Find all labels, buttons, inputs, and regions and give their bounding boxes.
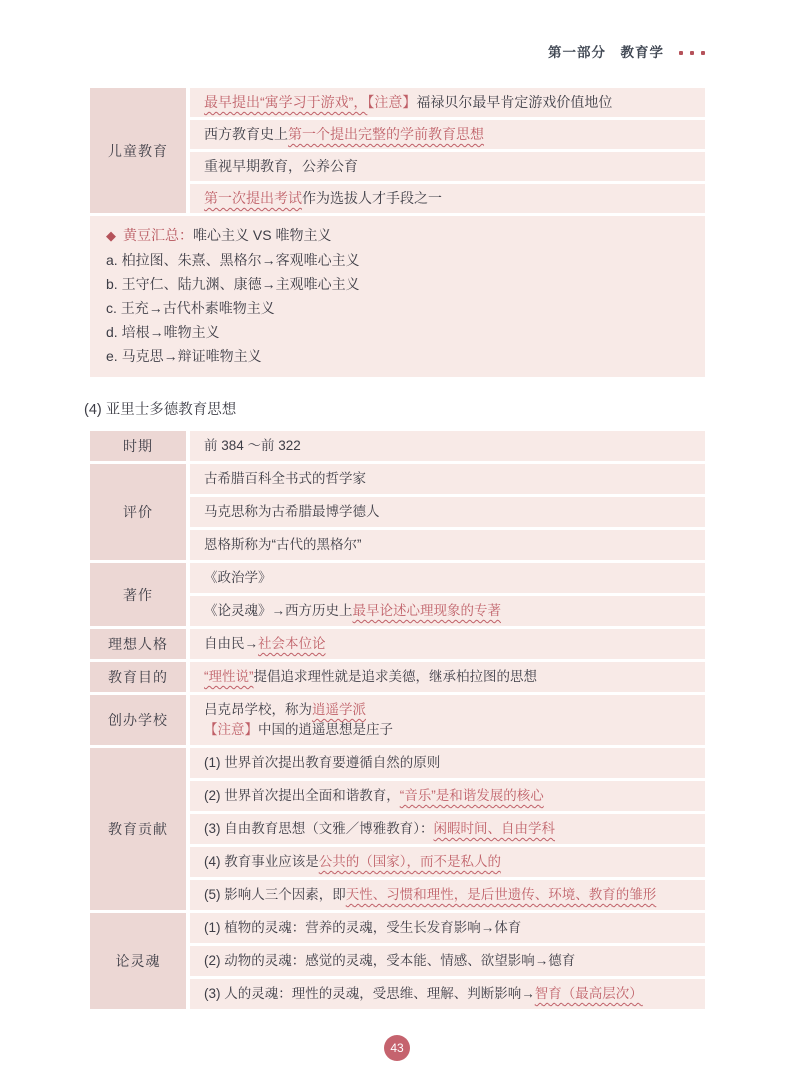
children-education-table: 儿童教育 最早提出“寓学习于游戏”，【注意】福禄贝尔最早肯定游戏价值地位西方教育… bbox=[90, 88, 705, 377]
section-heading: (4) 亚里士多德教育思想 bbox=[84, 398, 705, 419]
plain-text: (1) 植物的灵魂：营养的灵魂，受生长发育影响→体育 bbox=[204, 920, 521, 935]
row-label: 教育目的 bbox=[90, 662, 186, 692]
table-cells: “理性说”提倡追求理性就是追求美德，继承柏拉图的思想 bbox=[190, 662, 705, 692]
text-line: 【注意】中国的逍遥思想是庄子 bbox=[204, 720, 691, 740]
header-dots-icon bbox=[672, 44, 705, 62]
plain-text: 《论灵魂》→西方历史上 bbox=[204, 603, 353, 618]
highlight-wavy-text: 最早论述心理现象的专著 bbox=[353, 603, 502, 618]
table-cells: 最早提出“寓学习于游戏”，【注意】福禄贝尔最早肯定游戏价值地位西方教育史上第一个… bbox=[190, 88, 705, 213]
highlight-wavy-text: 天性、习惯和理性，是后世遗传、环境、教育的雏形 bbox=[346, 887, 657, 902]
table-cell: 第一次提出考试作为选拔人才手段之一 bbox=[190, 184, 705, 213]
page-number-badge: 43 bbox=[384, 1035, 410, 1061]
summary-item: b. 王守仁、陆九渊、康德→主观唯心主义 bbox=[106, 272, 689, 296]
summary-item: c. 王充→古代朴素唯物主义 bbox=[106, 296, 689, 320]
plain-text: 古希腊百科全书式的哲学家 bbox=[204, 471, 366, 486]
table-row: 创办学校吕克昂学校，称为逍遥学派【注意】中国的逍遥思想是庄子 bbox=[90, 695, 705, 745]
table-cells: (1) 世界首次提出教育要遵循自然的原则(2) 世界首次提出全面和谐教育，“音乐… bbox=[190, 748, 705, 910]
plain-text: 提倡追求理性就是追求美德，继承柏拉图的思想 bbox=[254, 669, 538, 684]
table-cell: 《政治学》 bbox=[190, 563, 705, 593]
text-line: (2) 动物的灵魂：感觉的灵魂，受本能、情感、欲望影响→德育 bbox=[204, 951, 691, 971]
summary-block: ◆黄豆汇总：唯心主义 VS 唯物主义a. 柏拉图、朱熹、黑格尔→客观唯心主义b.… bbox=[90, 216, 705, 377]
text-line: 《论灵魂》→西方历史上最早论述心理现象的专著 bbox=[204, 601, 691, 621]
text-line: 自由民→社会本位论 bbox=[204, 634, 691, 654]
table-cell: 重视早期教育，公养公育 bbox=[190, 152, 705, 181]
plain-text: 福禄贝尔最早肯定游戏价值地位 bbox=[416, 94, 612, 110]
plain-text: (1) 世界首次提出教育要遵循自然的原则 bbox=[204, 755, 440, 770]
table-cell: (3) 自由教育思想（文雅／博雅教育）：闲暇时间、自由学科 bbox=[190, 814, 705, 844]
text-line: (4) 教育事业应该是公共的（国家），而不是私人的 bbox=[204, 852, 691, 872]
plain-text: (2) 动物的灵魂：感觉的灵魂，受本能、情感、欲望影响→德育 bbox=[204, 953, 575, 968]
summary-title-rest: 唯心主义 VS 唯物主义 bbox=[193, 227, 331, 243]
table-cell: (3) 人的灵魂：理性的灵魂，受思维、理解、判断影响→智育（最高层次） bbox=[190, 979, 705, 1009]
row-label: 时期 bbox=[90, 431, 186, 461]
summary-item: e. 马克思→辩证唯物主义 bbox=[106, 344, 689, 368]
text-line: (2) 世界首次提出全面和谐教育，“音乐”是和谐发展的核心 bbox=[204, 786, 691, 806]
plain-text: 重视早期教育，公养公育 bbox=[204, 158, 358, 174]
plain-text: 中国的逍遥思想是庄子 bbox=[258, 722, 393, 737]
table-row: 著作《政治学》《论灵魂》→西方历史上最早论述心理现象的专著 bbox=[90, 563, 705, 626]
table-cell: (5) 影响人三个因素，即天性、习惯和理性，是后世遗传、环境、教育的雏形 bbox=[190, 880, 705, 910]
table-cell: 马克思称为古希腊最博学德人 bbox=[190, 497, 705, 527]
plain-text: 恩格斯称为“古代的黑格尔” bbox=[204, 537, 362, 552]
text-line: 古希腊百科全书式的哲学家 bbox=[204, 469, 691, 489]
plain-text: 马克思称为古希腊最博学德人 bbox=[204, 504, 380, 519]
highlight-wavy-text: 逍遥学派 bbox=[312, 702, 366, 717]
table-cell: 恩格斯称为“古代的黑格尔” bbox=[190, 530, 705, 560]
text-line: (1) 世界首次提出教育要遵循自然的原则 bbox=[204, 753, 691, 773]
plain-text: (4) 教育事业应该是 bbox=[204, 854, 319, 869]
diamond-icon: ◆ bbox=[106, 228, 116, 243]
summary-item: d. 培根→唯物主义 bbox=[106, 320, 689, 344]
table-cell: (1) 世界首次提出教育要遵循自然的原则 bbox=[190, 748, 705, 778]
row-label: 创办学校 bbox=[90, 695, 186, 745]
table-row: 时期前 384 ～前 322 bbox=[90, 431, 705, 461]
plain-text: (3) 人的灵魂：理性的灵魂，受思维、理解、判断影响→ bbox=[204, 986, 535, 1001]
table-cells: 前 384 ～前 322 bbox=[190, 431, 705, 461]
plain-text: (5) 影响人三个因素，即 bbox=[204, 887, 346, 902]
table-row: 教育目的“理性说”提倡追求理性就是追求美德，继承柏拉图的思想 bbox=[90, 662, 705, 692]
highlight-wavy-text: 第一个提出完整的学前教育思想 bbox=[288, 126, 484, 142]
text-line: (3) 自由教育思想（文雅／博雅教育）：闲暇时间、自由学科 bbox=[204, 819, 691, 839]
highlight-wavy-text: “音乐”是和谐发展的核心 bbox=[400, 788, 544, 803]
table-cell: 古希腊百科全书式的哲学家 bbox=[190, 464, 705, 494]
page-content: 儿童教育 最早提出“寓学习于游戏”，【注意】福禄贝尔最早肯定游戏价值地位西方教育… bbox=[90, 88, 705, 1009]
plain-text: 前 384 ～前 322 bbox=[204, 438, 301, 453]
highlight-wavy-text: 第一次提出考试 bbox=[204, 190, 302, 206]
table-row: 教育贡献(1) 世界首次提出教育要遵循自然的原则(2) 世界首次提出全面和谐教育… bbox=[90, 748, 705, 910]
highlight-wavy-text: 最早提出“寓学习于游戏”， bbox=[204, 94, 367, 110]
plain-text: 作为选拔人才手段之一 bbox=[302, 190, 442, 206]
table-cell: (4) 教育事业应该是公共的（国家），而不是私人的 bbox=[190, 847, 705, 877]
plain-text: 吕克昂学校，称为 bbox=[204, 702, 312, 717]
table-cells: 吕克昂学校，称为逍遥学派【注意】中国的逍遥思想是庄子 bbox=[190, 695, 705, 745]
text-line: (3) 人的灵魂：理性的灵魂，受思维、理解、判断影响→智育（最高层次） bbox=[204, 984, 691, 1004]
plain-text: (3) 自由教育思想（文雅／博雅教育）： bbox=[204, 821, 434, 836]
book-page: 第一部分 教育学 儿童教育 最早提出“寓学习于游戏”，【注意】福禄贝尔最早肯定游… bbox=[0, 0, 794, 1077]
text-line: (5) 影响人三个因素，即天性、习惯和理性，是后世遗传、环境、教育的雏形 bbox=[204, 885, 691, 905]
plain-text: 《政治学》 bbox=[204, 570, 272, 585]
table-cell: (1) 植物的灵魂：营养的灵魂，受生长发育影响→体育 bbox=[190, 913, 705, 943]
note-red-text: 【注意】 bbox=[367, 94, 416, 110]
text-line: 吕克昂学校，称为逍遥学派 bbox=[204, 700, 691, 720]
table-cell: “理性说”提倡追求理性就是追求美德，继承柏拉图的思想 bbox=[190, 662, 705, 692]
page-footer: 43 bbox=[0, 1035, 794, 1061]
text-line: 前 384 ～前 322 bbox=[204, 436, 691, 456]
table-cell: 吕克昂学校，称为逍遥学派【注意】中国的逍遥思想是庄子 bbox=[190, 695, 705, 745]
header-title: 第一部分 教育学 bbox=[548, 45, 664, 60]
text-line: 马克思称为古希腊最博学德人 bbox=[204, 502, 691, 522]
table-row: 理想人格自由民→社会本位论 bbox=[90, 629, 705, 659]
highlight-wavy-text: 社会本位论 bbox=[258, 636, 326, 651]
table-cell: (2) 世界首次提出全面和谐教育，“音乐”是和谐发展的核心 bbox=[190, 781, 705, 811]
text-line: “理性说”提倡追求理性就是追求美德，继承柏拉图的思想 bbox=[204, 667, 691, 687]
summary-title-line: ◆黄豆汇总：唯心主义 VS 唯物主义 bbox=[106, 223, 689, 248]
table-cell: 西方教育史上第一个提出完整的学前教育思想 bbox=[190, 120, 705, 149]
table-row: 儿童教育 最早提出“寓学习于游戏”，【注意】福禄贝尔最早肯定游戏价值地位西方教育… bbox=[90, 88, 705, 213]
row-label: 论灵魂 bbox=[90, 913, 186, 1009]
table-row: 评价古希腊百科全书式的哲学家马克思称为古希腊最博学德人恩格斯称为“古代的黑格尔” bbox=[90, 464, 705, 560]
text-line: 恩格斯称为“古代的黑格尔” bbox=[204, 535, 691, 555]
table-cells: 《政治学》《论灵魂》→西方历史上最早论述心理现象的专著 bbox=[190, 563, 705, 626]
table-cells: 古希腊百科全书式的哲学家马克思称为古希腊最博学德人恩格斯称为“古代的黑格尔” bbox=[190, 464, 705, 560]
summary-title: 黄豆汇总： bbox=[123, 227, 193, 243]
text-line: 《政治学》 bbox=[204, 568, 691, 588]
row-label: 评价 bbox=[90, 464, 186, 560]
table-cells: 自由民→社会本位论 bbox=[190, 629, 705, 659]
table-cell: 前 384 ～前 322 bbox=[190, 431, 705, 461]
page-header: 第一部分 教育学 bbox=[90, 44, 705, 62]
highlight-wavy-text: “理性说” bbox=[204, 669, 254, 684]
table-cells: (1) 植物的灵魂：营养的灵魂，受生长发育影响→体育(2) 动物的灵魂：感觉的灵… bbox=[190, 913, 705, 1009]
highlight-wavy-text: 闲暇时间、自由学科 bbox=[434, 821, 556, 836]
table-cell: 自由民→社会本位论 bbox=[190, 629, 705, 659]
row-label: 著作 bbox=[90, 563, 186, 626]
highlight-wavy-text: 公共的（国家），而不是私人的 bbox=[319, 854, 501, 869]
highlight-wavy-text: 智育（最高层次） bbox=[535, 986, 643, 1001]
table-cell: (2) 动物的灵魂：感觉的灵魂，受本能、情感、欲望影响→德育 bbox=[190, 946, 705, 976]
table-cell: 《论灵魂》→西方历史上最早论述心理现象的专著 bbox=[190, 596, 705, 626]
plain-text: (2) 世界首次提出全面和谐教育， bbox=[204, 788, 400, 803]
table-cell: 最早提出“寓学习于游戏”，【注意】福禄贝尔最早肯定游戏价值地位 bbox=[190, 88, 705, 117]
plain-text: 西方教育史上 bbox=[204, 126, 288, 142]
row-label: 教育贡献 bbox=[90, 748, 186, 910]
row-label: 儿童教育 bbox=[90, 88, 186, 213]
row-label: 理想人格 bbox=[90, 629, 186, 659]
text-line: (1) 植物的灵魂：营养的灵魂，受生长发育影响→体育 bbox=[204, 918, 691, 938]
note-red-text: 【注意】 bbox=[204, 722, 258, 737]
summary-item: a. 柏拉图、朱熹、黑格尔→客观唯心主义 bbox=[106, 248, 689, 272]
table-row: 论灵魂(1) 植物的灵魂：营养的灵魂，受生长发育影响→体育(2) 动物的灵魂：感… bbox=[90, 913, 705, 1009]
aristotle-table: 时期前 384 ～前 322评价古希腊百科全书式的哲学家马克思称为古希腊最博学德… bbox=[90, 431, 705, 1009]
plain-text: 自由民→ bbox=[204, 636, 258, 651]
